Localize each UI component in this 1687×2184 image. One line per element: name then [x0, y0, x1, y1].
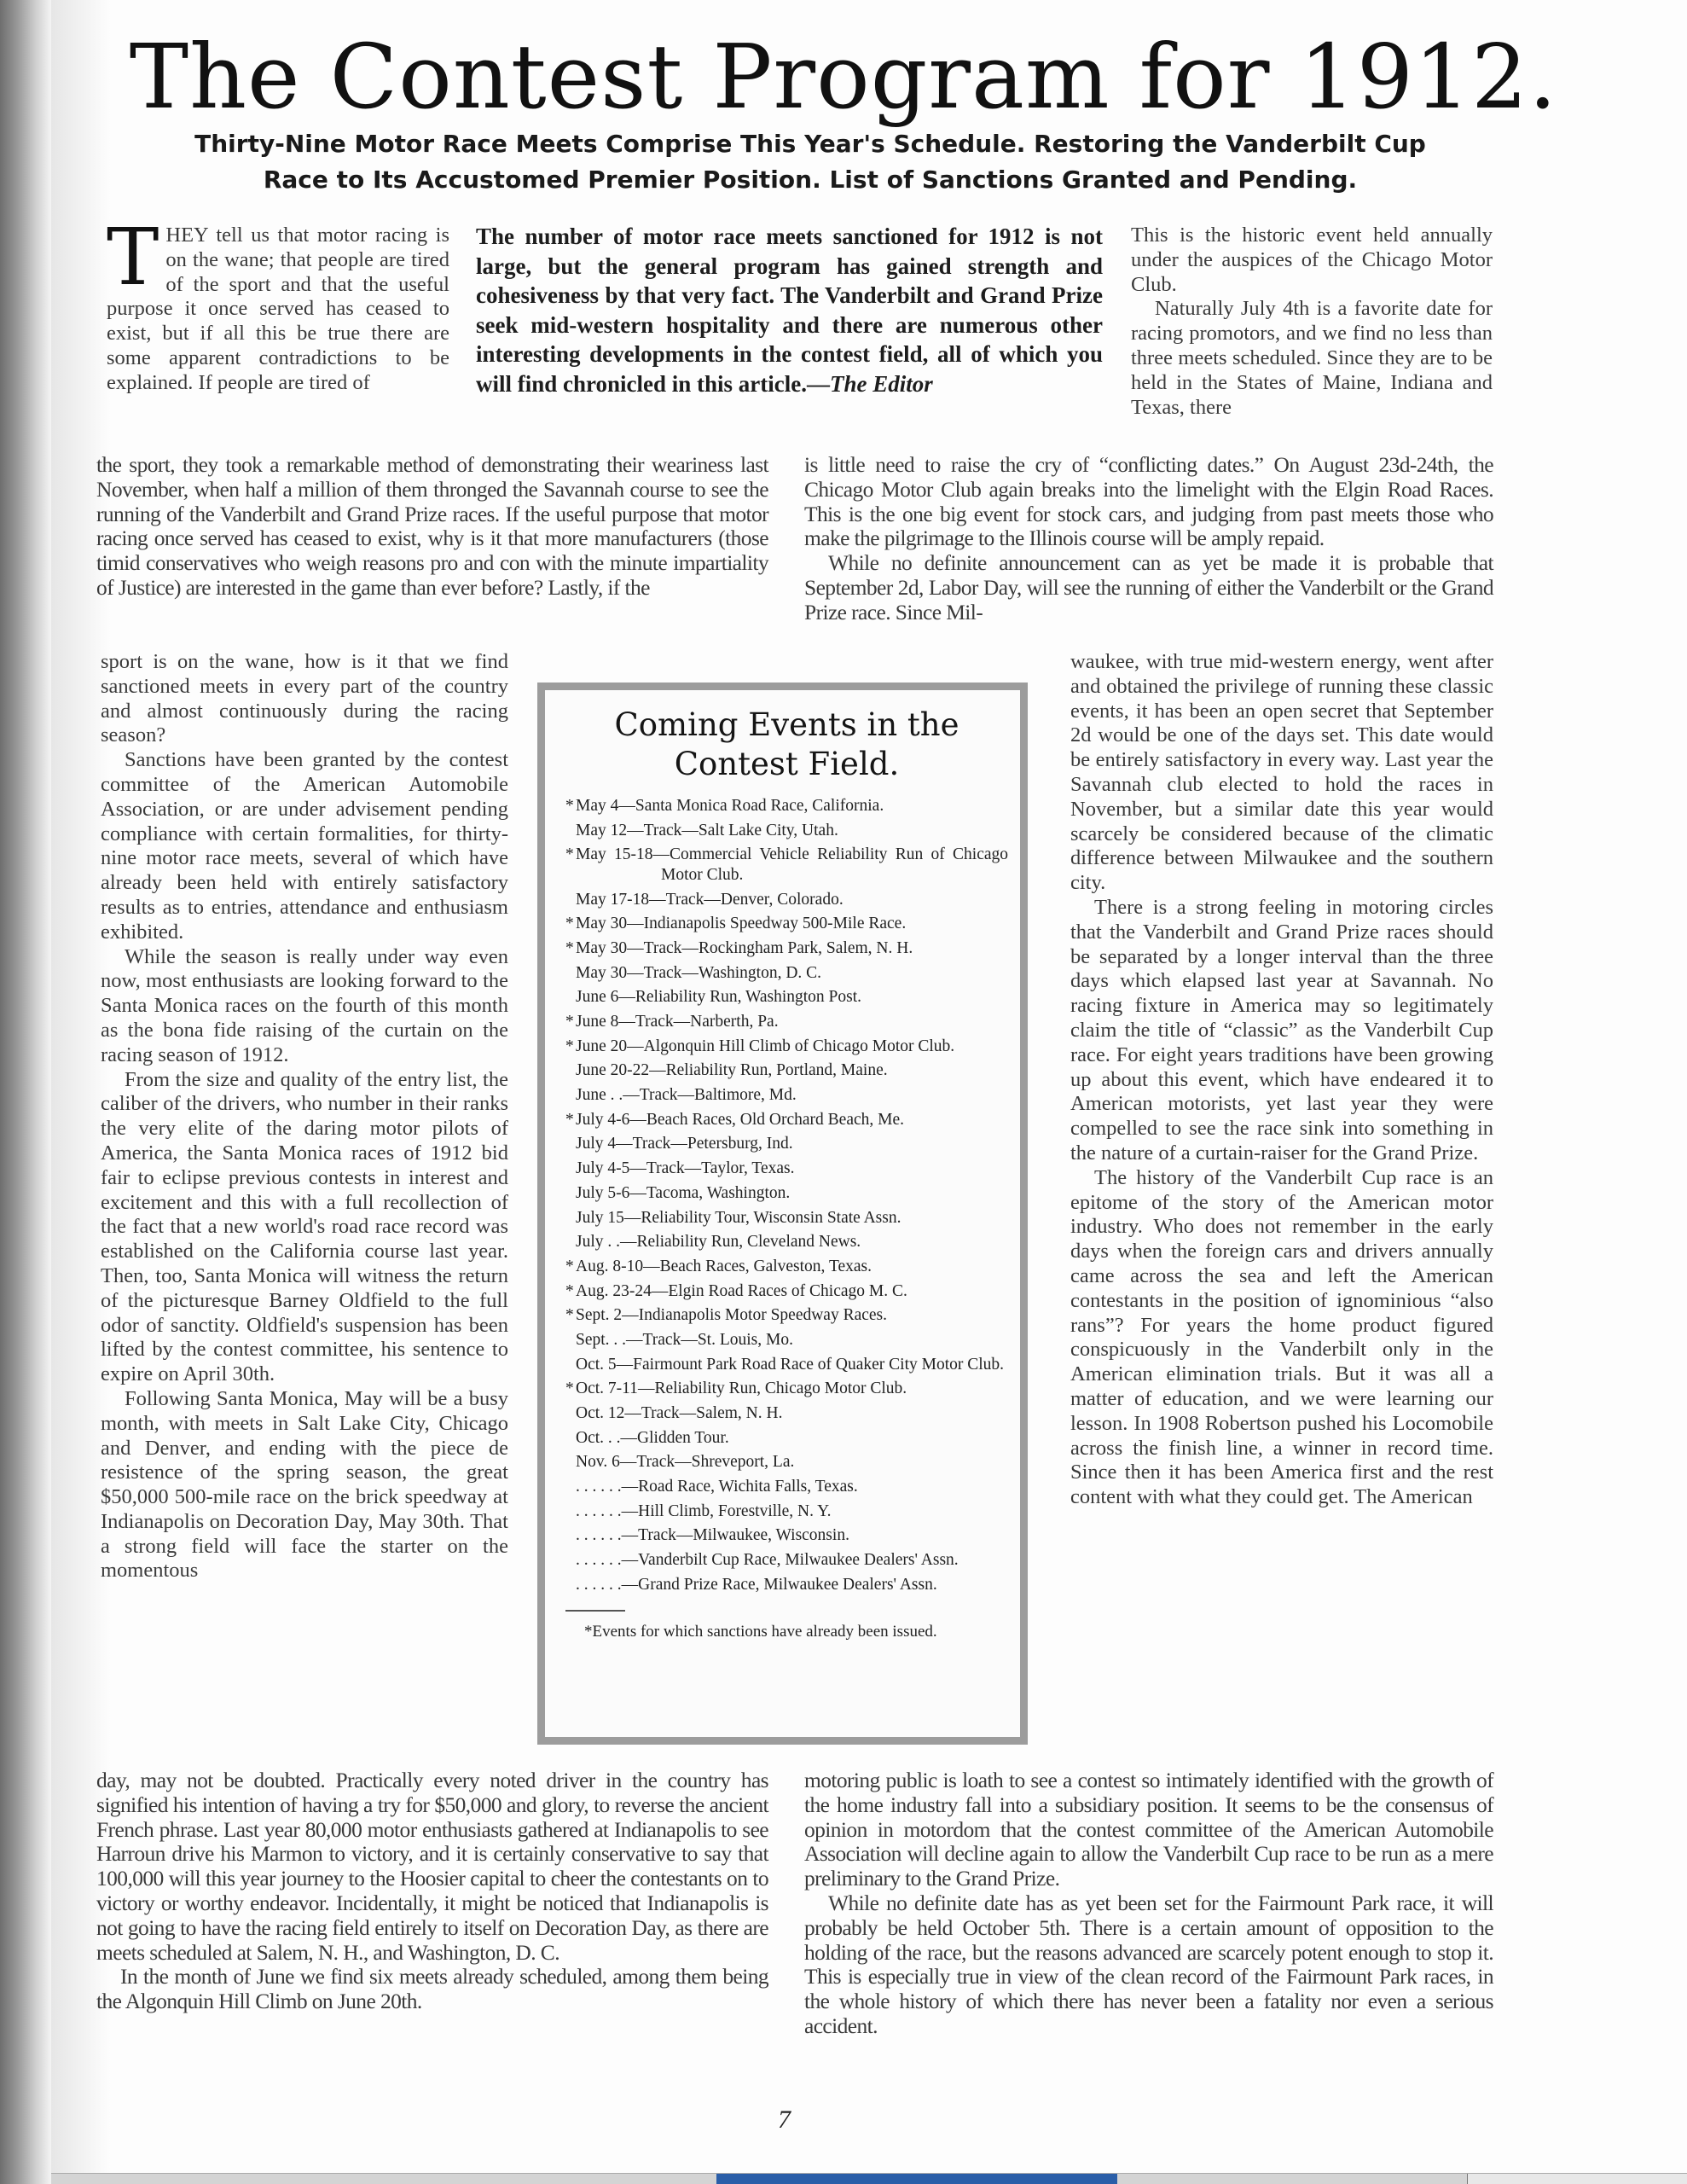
- paragraph: waukee, with true mid-western energy, we…: [1070, 650, 1493, 896]
- event-item: *June 8—Track—Narberth, Pa.: [565, 1012, 1008, 1032]
- bottom-left-block: day, may not be doubted. Practically eve…: [96, 1769, 768, 2014]
- event-description: Reliability Tour, Wisconsin State Assn.: [641, 1209, 901, 1227]
- editor-note: The number of motor race meets sanctione…: [476, 222, 1103, 399]
- sanction-star: *: [565, 1037, 576, 1057]
- event-item: July 15—Reliability Tour, Wisconsin Stat…: [565, 1208, 1008, 1228]
- event-description: Track—Salt Lake City, Utah.: [644, 822, 838, 839]
- paragraph: Sanctions have been granted by the conte…: [101, 748, 508, 944]
- event-date: Sept. . .: [576, 1331, 626, 1349]
- event-date: Oct. . .: [576, 1429, 621, 1447]
- event-description: Track—Rockingham Park, Salem, N. H.: [644, 939, 913, 957]
- event-date: May 15-18: [576, 845, 653, 863]
- event-item: . . . . . .—Vanderbilt Cup Race, Milwauk…: [565, 1550, 1008, 1571]
- events-box-title: Coming Events in the Contest Field.: [565, 706, 1008, 784]
- event-description: Reliability Run, Portland, Maine.: [666, 1061, 888, 1079]
- event-item: June 20-22—Reliability Run, Portland, Ma…: [565, 1060, 1008, 1081]
- editor-signature: The Editor: [830, 371, 933, 397]
- event-item: . . . . . .—Hill Climb, Forestville, N. …: [565, 1501, 1008, 1522]
- event-date: Oct. 7-11: [576, 1380, 638, 1397]
- editor-note-text: The number of motor race meets sanctione…: [476, 224, 1103, 397]
- events-list: *May 4—Santa Monica Road Race, Californi…: [565, 796, 1008, 1594]
- event-description: Road Race, Wichita Falls, Texas.: [638, 1478, 858, 1496]
- event-item: July . .—Reliability Run, Cleveland News…: [565, 1232, 1008, 1252]
- event-description: Beach Races, Old Orchard Beach, Me.: [646, 1111, 904, 1129]
- left-column: sport is on the wane, how is it that we …: [101, 650, 508, 1583]
- event-description: Santa Monica Road Race, California.: [635, 797, 884, 815]
- intro-paragraph: THEY tell us that motor racing is on the…: [107, 224, 449, 396]
- event-description: Indianapolis Motor Speedway Races.: [639, 1306, 887, 1324]
- paragraph: motoring public is loath to see a contes…: [804, 1769, 1493, 1891]
- taskbar-active-window[interactable]: [716, 2174, 1117, 2184]
- events-footnote: *Events for which sanctions have already…: [565, 1622, 1008, 1641]
- event-item: Nov. 6—Track—Shreveport, La.: [565, 1452, 1008, 1472]
- sanction-star: *: [565, 1110, 576, 1130]
- event-date: July 5-6: [576, 1184, 629, 1202]
- event-item: June . .—Track—Baltimore, Md.: [565, 1085, 1008, 1106]
- event-description: Glidden Tour.: [637, 1429, 729, 1447]
- taskbar-tray: [1467, 2174, 1687, 2184]
- event-item: July 4—Track—Petersburg, Ind.: [565, 1134, 1008, 1154]
- event-item: Oct. 5—Fairmount Park Road Race of Quake…: [565, 1355, 1008, 1375]
- event-date: Sept. 2: [576, 1306, 622, 1324]
- article-subtitle: Thirty-Nine Motor Race Meets Comprise Th…: [102, 126, 1518, 198]
- event-description: Track—Salem, N. H.: [641, 1404, 783, 1422]
- event-date: June 20-22: [576, 1061, 649, 1079]
- event-description: Track—St. Louis, Mo.: [643, 1331, 793, 1349]
- event-description: Track—Milwaukee, Wisconsin.: [638, 1526, 849, 1544]
- wide-left-block: the sport, they took a remarkable method…: [96, 453, 768, 601]
- event-date: July 15: [576, 1209, 624, 1227]
- event-description: Track—Washington, D. C.: [644, 964, 821, 982]
- paragraph: Following Santa Monica, May will be a bu…: [101, 1387, 508, 1583]
- event-date: May 30: [576, 939, 627, 957]
- event-description: Track—Shreveport, La.: [636, 1453, 794, 1471]
- event-date: . . . . . .: [576, 1551, 622, 1569]
- event-item: Oct. . .—Glidden Tour.: [565, 1428, 1008, 1449]
- event-item: *May 30—Indianapolis Speedway 500-Mile R…: [565, 914, 1008, 934]
- event-description: Track—Taylor, Texas.: [646, 1159, 795, 1177]
- event-item: Oct. 12—Track—Salem, N. H.: [565, 1403, 1008, 1424]
- paragraph: This is the historic event held annually…: [1131, 224, 1493, 297]
- event-description: Algonquin Hill Climb of Chicago Motor Cl…: [644, 1037, 955, 1055]
- page-number: 7: [778, 2106, 791, 2135]
- paragraph: While the season is really under way eve…: [101, 945, 508, 1068]
- subtitle-line-1: Thirty-Nine Motor Race Meets Comprise Th…: [102, 126, 1518, 162]
- paragraph: There is a strong feeling in motoring ci…: [1070, 896, 1493, 1166]
- paragraph: the sport, they took a remarkable method…: [96, 453, 768, 601]
- right-top-column: This is the historic event held annually…: [1131, 224, 1493, 420]
- event-item: July 5-6—Tacoma, Washington.: [565, 1183, 1008, 1204]
- event-date: July 4-5: [576, 1159, 629, 1177]
- taskbar-strip: [51, 2173, 1687, 2184]
- wide-right-block: is little need to raise the cry of “conf…: [804, 453, 1493, 625]
- event-description: Reliability Run, Chicago Motor Club.: [654, 1380, 907, 1397]
- event-date: Oct. 5: [576, 1356, 617, 1374]
- sanction-star: *: [565, 1257, 576, 1277]
- event-description: Commercial Vehicle Reliability Run of Ch…: [661, 845, 1008, 884]
- sanction-star: *: [565, 938, 576, 959]
- event-item: May 30—Track—Washington, D. C.: [565, 963, 1008, 984]
- event-description: Track—Baltimore, Md.: [640, 1086, 797, 1104]
- footnote-rule: [565, 1610, 625, 1612]
- event-description: Reliability Run, Washington Post.: [635, 988, 861, 1006]
- intro-column: THEY tell us that motor racing is on the…: [107, 224, 449, 396]
- event-date: May 12: [576, 822, 627, 839]
- event-date: . . . . . .: [576, 1576, 622, 1594]
- sanction-star: *: [565, 796, 576, 816]
- sanction-star: *: [565, 914, 576, 934]
- event-date: June 8: [576, 1013, 618, 1031]
- event-description: Beach Races, Galveston, Texas.: [660, 1258, 872, 1275]
- paragraph: sport is on the wane, how is it that we …: [101, 650, 508, 748]
- event-date: July 4-6: [576, 1111, 629, 1129]
- event-date: Aug. 23-24: [576, 1282, 652, 1300]
- event-date: July . .: [576, 1233, 620, 1251]
- event-date: July 4: [576, 1135, 616, 1153]
- event-description: Track—Narberth, Pa.: [635, 1013, 779, 1031]
- event-date: Aug. 8-10: [576, 1258, 643, 1275]
- sanction-star: *: [565, 1305, 576, 1326]
- event-date: Nov. 6: [576, 1453, 620, 1471]
- event-description: Tacoma, Washington.: [646, 1184, 790, 1202]
- event-date: June . .: [576, 1086, 623, 1104]
- event-item: *May 30—Track—Rockingham Park, Salem, N.…: [565, 938, 1008, 959]
- paragraph: day, may not be doubted. Practically eve…: [96, 1769, 768, 1965]
- sanction-star: *: [565, 845, 576, 865]
- event-item: . . . . . .—Track—Milwaukee, Wisconsin.: [565, 1525, 1008, 1546]
- sanction-star: *: [565, 1379, 576, 1399]
- right-column: waukee, with true mid-western energy, we…: [1070, 650, 1493, 1510]
- event-date: June 6: [576, 988, 618, 1006]
- event-item: . . . . . .—Road Race, Wichita Falls, Te…: [565, 1477, 1008, 1497]
- event-item: *Aug. 8-10—Beach Races, Galveston, Texas…: [565, 1257, 1008, 1277]
- event-item: *Oct. 7-11—Reliability Run, Chicago Moto…: [565, 1379, 1008, 1399]
- coming-events-box: Coming Events in the Contest Field. *May…: [537, 682, 1028, 1745]
- event-date: . . . . . .: [576, 1526, 622, 1544]
- event-date: June 20: [576, 1037, 627, 1055]
- event-description: Vanderbilt Cup Race, Milwaukee Dealers' …: [638, 1551, 959, 1569]
- paragraph: While no definite announcement can as ye…: [804, 551, 1493, 624]
- event-description: Reliability Run, Cleveland News.: [637, 1233, 861, 1251]
- event-item: May 12—Track—Salt Lake City, Utah.: [565, 821, 1008, 841]
- event-item: May 17-18—Track—Denver, Colorado.: [565, 890, 1008, 910]
- event-description: Grand Prize Race, Milwaukee Dealers' Ass…: [638, 1576, 937, 1594]
- event-description: Hill Climb, Forestville, N. Y.: [638, 1502, 831, 1520]
- event-description: Indianapolis Speedway 500-Mile Race.: [644, 915, 907, 932]
- event-item: . . . . . .—Grand Prize Race, Milwaukee …: [565, 1575, 1008, 1595]
- event-item: July 4-5—Track—Taylor, Texas.: [565, 1159, 1008, 1179]
- event-item: *July 4-6—Beach Races, Old Orchard Beach…: [565, 1110, 1008, 1130]
- sanction-star: *: [565, 1281, 576, 1302]
- event-item: *June 20—Algonquin Hill Climb of Chicago…: [565, 1037, 1008, 1057]
- event-description: Track—Petersburg, Ind.: [633, 1135, 793, 1153]
- event-item: June 6—Reliability Run, Washington Post.: [565, 987, 1008, 1008]
- event-date: Oct. 12: [576, 1404, 624, 1422]
- paragraph: From the size and quality of the entry l…: [101, 1068, 508, 1387]
- event-date: May 4: [576, 797, 618, 815]
- event-date: . . . . . .: [576, 1478, 622, 1496]
- bottom-right-block: motoring public is loath to see a contes…: [804, 1769, 1493, 2039]
- event-item: *May 15-18—Commercial Vehicle Reliabilit…: [565, 845, 1008, 885]
- article-title: The Contest Program for 1912.: [0, 26, 1687, 128]
- paragraph: In the month of June we find six meets a…: [96, 1965, 768, 2014]
- event-description: Track—Denver, Colorado.: [666, 891, 843, 909]
- paragraph: Naturally July 4th is a favorite date fo…: [1131, 297, 1493, 420]
- page-gutter-shadow: [0, 0, 51, 2184]
- event-description: Elgin Road Races of Chicago M. C.: [668, 1282, 907, 1300]
- drop-cap: T: [107, 227, 159, 288]
- paragraph: is little need to raise the cry of “conf…: [804, 453, 1493, 551]
- paragraph: The history of the Vanderbilt Cup race i…: [1070, 1166, 1493, 1510]
- subtitle-line-2: Race to Its Accustomed Premier Position.…: [102, 162, 1518, 198]
- paragraph: While no definite date has as yet been s…: [804, 1891, 1493, 2039]
- sanction-star: *: [565, 1012, 576, 1032]
- event-item: Sept. . .—Track—St. Louis, Mo.: [565, 1330, 1008, 1350]
- event-date: May 30: [576, 915, 627, 932]
- event-item: *May 4—Santa Monica Road Race, Californi…: [565, 796, 1008, 816]
- event-date: May 17-18: [576, 891, 649, 909]
- event-description: Fairmount Park Road Race of Quaker City …: [633, 1356, 1004, 1374]
- event-item: *Aug. 23-24—Elgin Road Races of Chicago …: [565, 1281, 1008, 1302]
- event-date: . . . . . .: [576, 1502, 622, 1520]
- event-date: May 30: [576, 964, 627, 982]
- event-item: *Sept. 2—Indianapolis Motor Speedway Rac…: [565, 1305, 1008, 1326]
